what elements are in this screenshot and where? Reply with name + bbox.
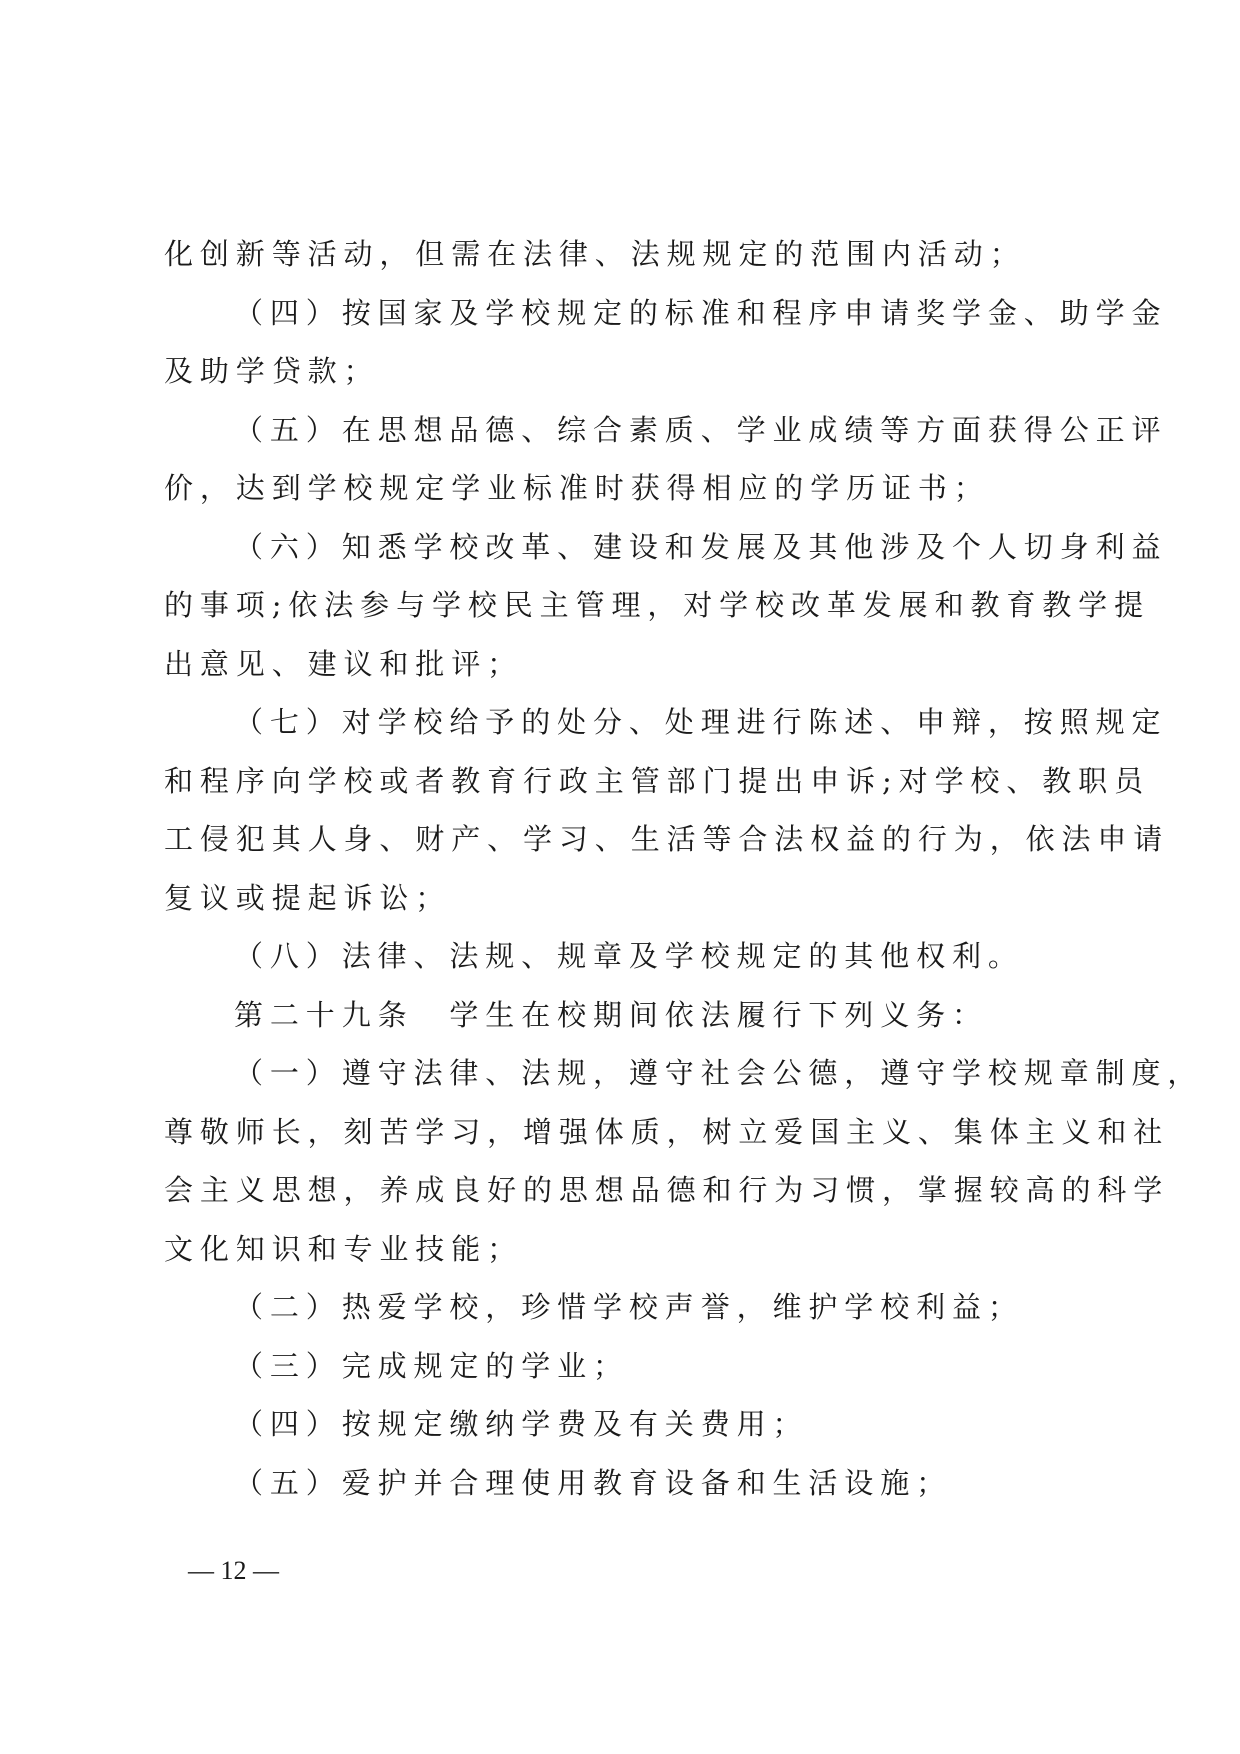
text-line: （八）法律、法规、规章及学校规定的其他权利。 [164,927,1084,986]
text-line: 价，达到学校规定学业标准时获得相应的学历证书； [164,459,1084,518]
text-line: 工侵犯其人身、财产、学习、生活等合法权益的行为，依法申请 [164,810,1084,869]
text-line: （四）按规定缴纳学费及有关费用； [164,1395,1084,1454]
text-line: 的事项;依法参与学校民主管理，对学校改革发展和教育教学提 [164,576,1084,635]
text-line: （五）在思想品德、综合素质、学业成绩等方面获得公正评 [164,401,1084,460]
page-number: — 12 — [188,1556,279,1586]
text-line: （三）完成规定的学业； [164,1337,1084,1396]
text-line: （六）知悉学校改革、建设和发展及其他涉及个人切身利益 [164,518,1084,577]
text-line: 尊敬师长，刻苦学习，增强体质，树立爱国主义、集体主义和社 [164,1103,1084,1162]
document-body: 化创新等活动，但需在法律、法规规定的范围内活动； （四）按国家及学校规定的标准和… [164,225,1084,1512]
text-line: 复议或提起诉讼； [164,869,1084,928]
text-line: 及助学贷款； [164,342,1084,401]
text-line: 和程序向学校或者教育行政主管部门提出申诉;对学校、教职员 [164,752,1084,811]
text-line: （一）遵守法律、法规，遵守社会公德，遵守学校规章制度， [164,1044,1084,1103]
text-line: 会主义思想，养成良好的思想品德和行为习惯，掌握较高的科学 [164,1161,1084,1220]
text-line: 出意见、建议和批评； [164,635,1084,694]
text-line: （五）爱护并合理使用教育设备和生活设施； [164,1454,1084,1513]
document-page: 化创新等活动，但需在法律、法规规定的范围内活动； （四）按国家及学校规定的标准和… [0,0,1240,1754]
text-line: 化创新等活动，但需在法律、法规规定的范围内活动； [164,225,1084,284]
article-heading: 第二十九条 学生在校期间依法履行下列义务： [164,986,1084,1045]
text-line: 文化知识和专业技能； [164,1220,1084,1279]
text-line: （二）热爱学校，珍惜学校声誉，维护学校利益； [164,1278,1084,1337]
text-line: （七）对学校给予的处分、处理进行陈述、申辩，按照规定 [164,693,1084,752]
text-line: （四）按国家及学校规定的标准和程序申请奖学金、助学金 [164,284,1084,343]
